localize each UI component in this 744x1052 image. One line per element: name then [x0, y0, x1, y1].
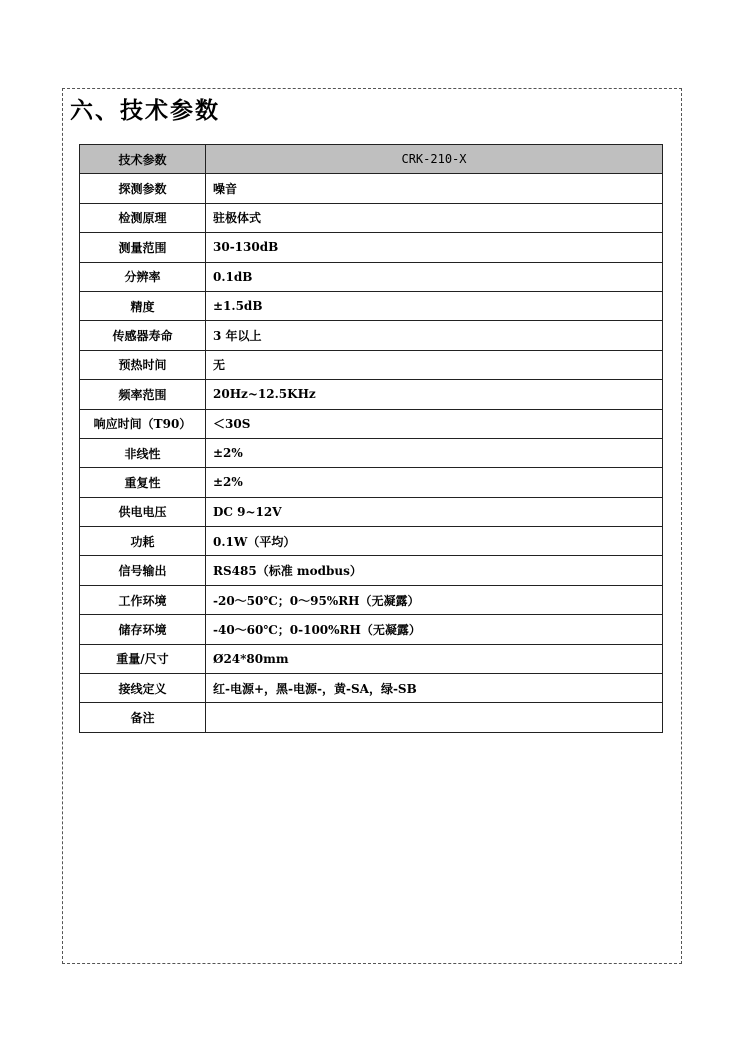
param-label-cell: 接线定义	[80, 674, 206, 703]
table-row: 供电电压DC 9~12V	[80, 497, 663, 526]
table-row: 检测原理驻极体式	[80, 203, 663, 232]
param-value-cell: 30-130dB	[206, 233, 663, 262]
table-row: 传感器寿命3 年以上	[80, 321, 663, 350]
table-row: 分辨率0.1dB	[80, 262, 663, 291]
param-label-cell: 分辨率	[80, 262, 206, 291]
param-label-cell: 检测原理	[80, 203, 206, 232]
param-value-cell: DC 9~12V	[206, 497, 663, 526]
param-value-cell: Ø24*80mm	[206, 644, 663, 673]
param-value-cell: ＜30S	[206, 409, 663, 438]
param-label-cell: 供电电压	[80, 497, 206, 526]
table-row: 探测参数噪音	[80, 174, 663, 203]
param-label-cell: 功耗	[80, 527, 206, 556]
param-value-cell: 3 年以上	[206, 321, 663, 350]
table-row: 非线性±2%	[80, 438, 663, 467]
table-row: 功耗0.1W（平均）	[80, 527, 663, 556]
table-row: 精度±1.5dB	[80, 291, 663, 320]
table-header-row: 技术参数 CRK-210-X	[80, 145, 663, 174]
param-value-cell: 驻极体式	[206, 203, 663, 232]
param-label-cell: 传感器寿命	[80, 321, 206, 350]
table-row: 工作环境-20～50℃；0～95%RH（无凝露）	[80, 585, 663, 614]
param-label-cell: 测量范围	[80, 233, 206, 262]
table-row: 重量/尺寸Ø24*80mm	[80, 644, 663, 673]
param-label-cell: 工作环境	[80, 585, 206, 614]
param-value-cell: 红-电源+，黑-电源-，黄-SA，绿-SB	[206, 674, 663, 703]
table-row: 信号输出RS485（标准 modbus）	[80, 556, 663, 585]
param-value-cell	[206, 703, 663, 732]
param-label-cell: 频率范围	[80, 380, 206, 409]
table-row: 重复性±2%	[80, 468, 663, 497]
param-label-cell: 精度	[80, 291, 206, 320]
param-value-cell: ±2%	[206, 438, 663, 467]
table-row: 接线定义红-电源+，黑-电源-，黄-SA，绿-SB	[80, 674, 663, 703]
param-label-cell: 响应时间（T90）	[80, 409, 206, 438]
table-row: 测量范围30-130dB	[80, 233, 663, 262]
header-label-cell: 技术参数	[80, 145, 206, 174]
param-value-cell: 0.1W（平均）	[206, 527, 663, 556]
table-row: 响应时间（T90）＜30S	[80, 409, 663, 438]
param-value-cell: 无	[206, 350, 663, 379]
param-label-cell: 备注	[80, 703, 206, 732]
param-value-cell: 20Hz~12.5KHz	[206, 380, 663, 409]
param-value-cell: 噪音	[206, 174, 663, 203]
param-label-cell: 重复性	[80, 468, 206, 497]
param-value-cell: ±2%	[206, 468, 663, 497]
param-label-cell: 预热时间	[80, 350, 206, 379]
param-value-cell: RS485（标准 modbus）	[206, 556, 663, 585]
param-label-cell: 非线性	[80, 438, 206, 467]
header-model-cell: CRK-210-X	[206, 145, 663, 174]
param-label-cell: 信号输出	[80, 556, 206, 585]
param-label-cell: 重量/尺寸	[80, 644, 206, 673]
spec-table: 技术参数 CRK-210-X 探测参数噪音检测原理驻极体式测量范围30-130d…	[79, 144, 663, 733]
table-row: 储存环境-40～60℃；0-100%RH（无凝露）	[80, 615, 663, 644]
table-row: 预热时间无	[80, 350, 663, 379]
param-value-cell: ±1.5dB	[206, 291, 663, 320]
table-row: 频率范围20Hz~12.5KHz	[80, 380, 663, 409]
table-row: 备注	[80, 703, 663, 732]
section-heading: 六、技术参数	[70, 94, 220, 128]
param-value-cell: -40～60℃；0-100%RH（无凝露）	[206, 615, 663, 644]
param-value-cell: -20～50℃；0～95%RH（无凝露）	[206, 585, 663, 614]
param-label-cell: 探测参数	[80, 174, 206, 203]
param-label-cell: 储存环境	[80, 615, 206, 644]
param-value-cell: 0.1dB	[206, 262, 663, 291]
